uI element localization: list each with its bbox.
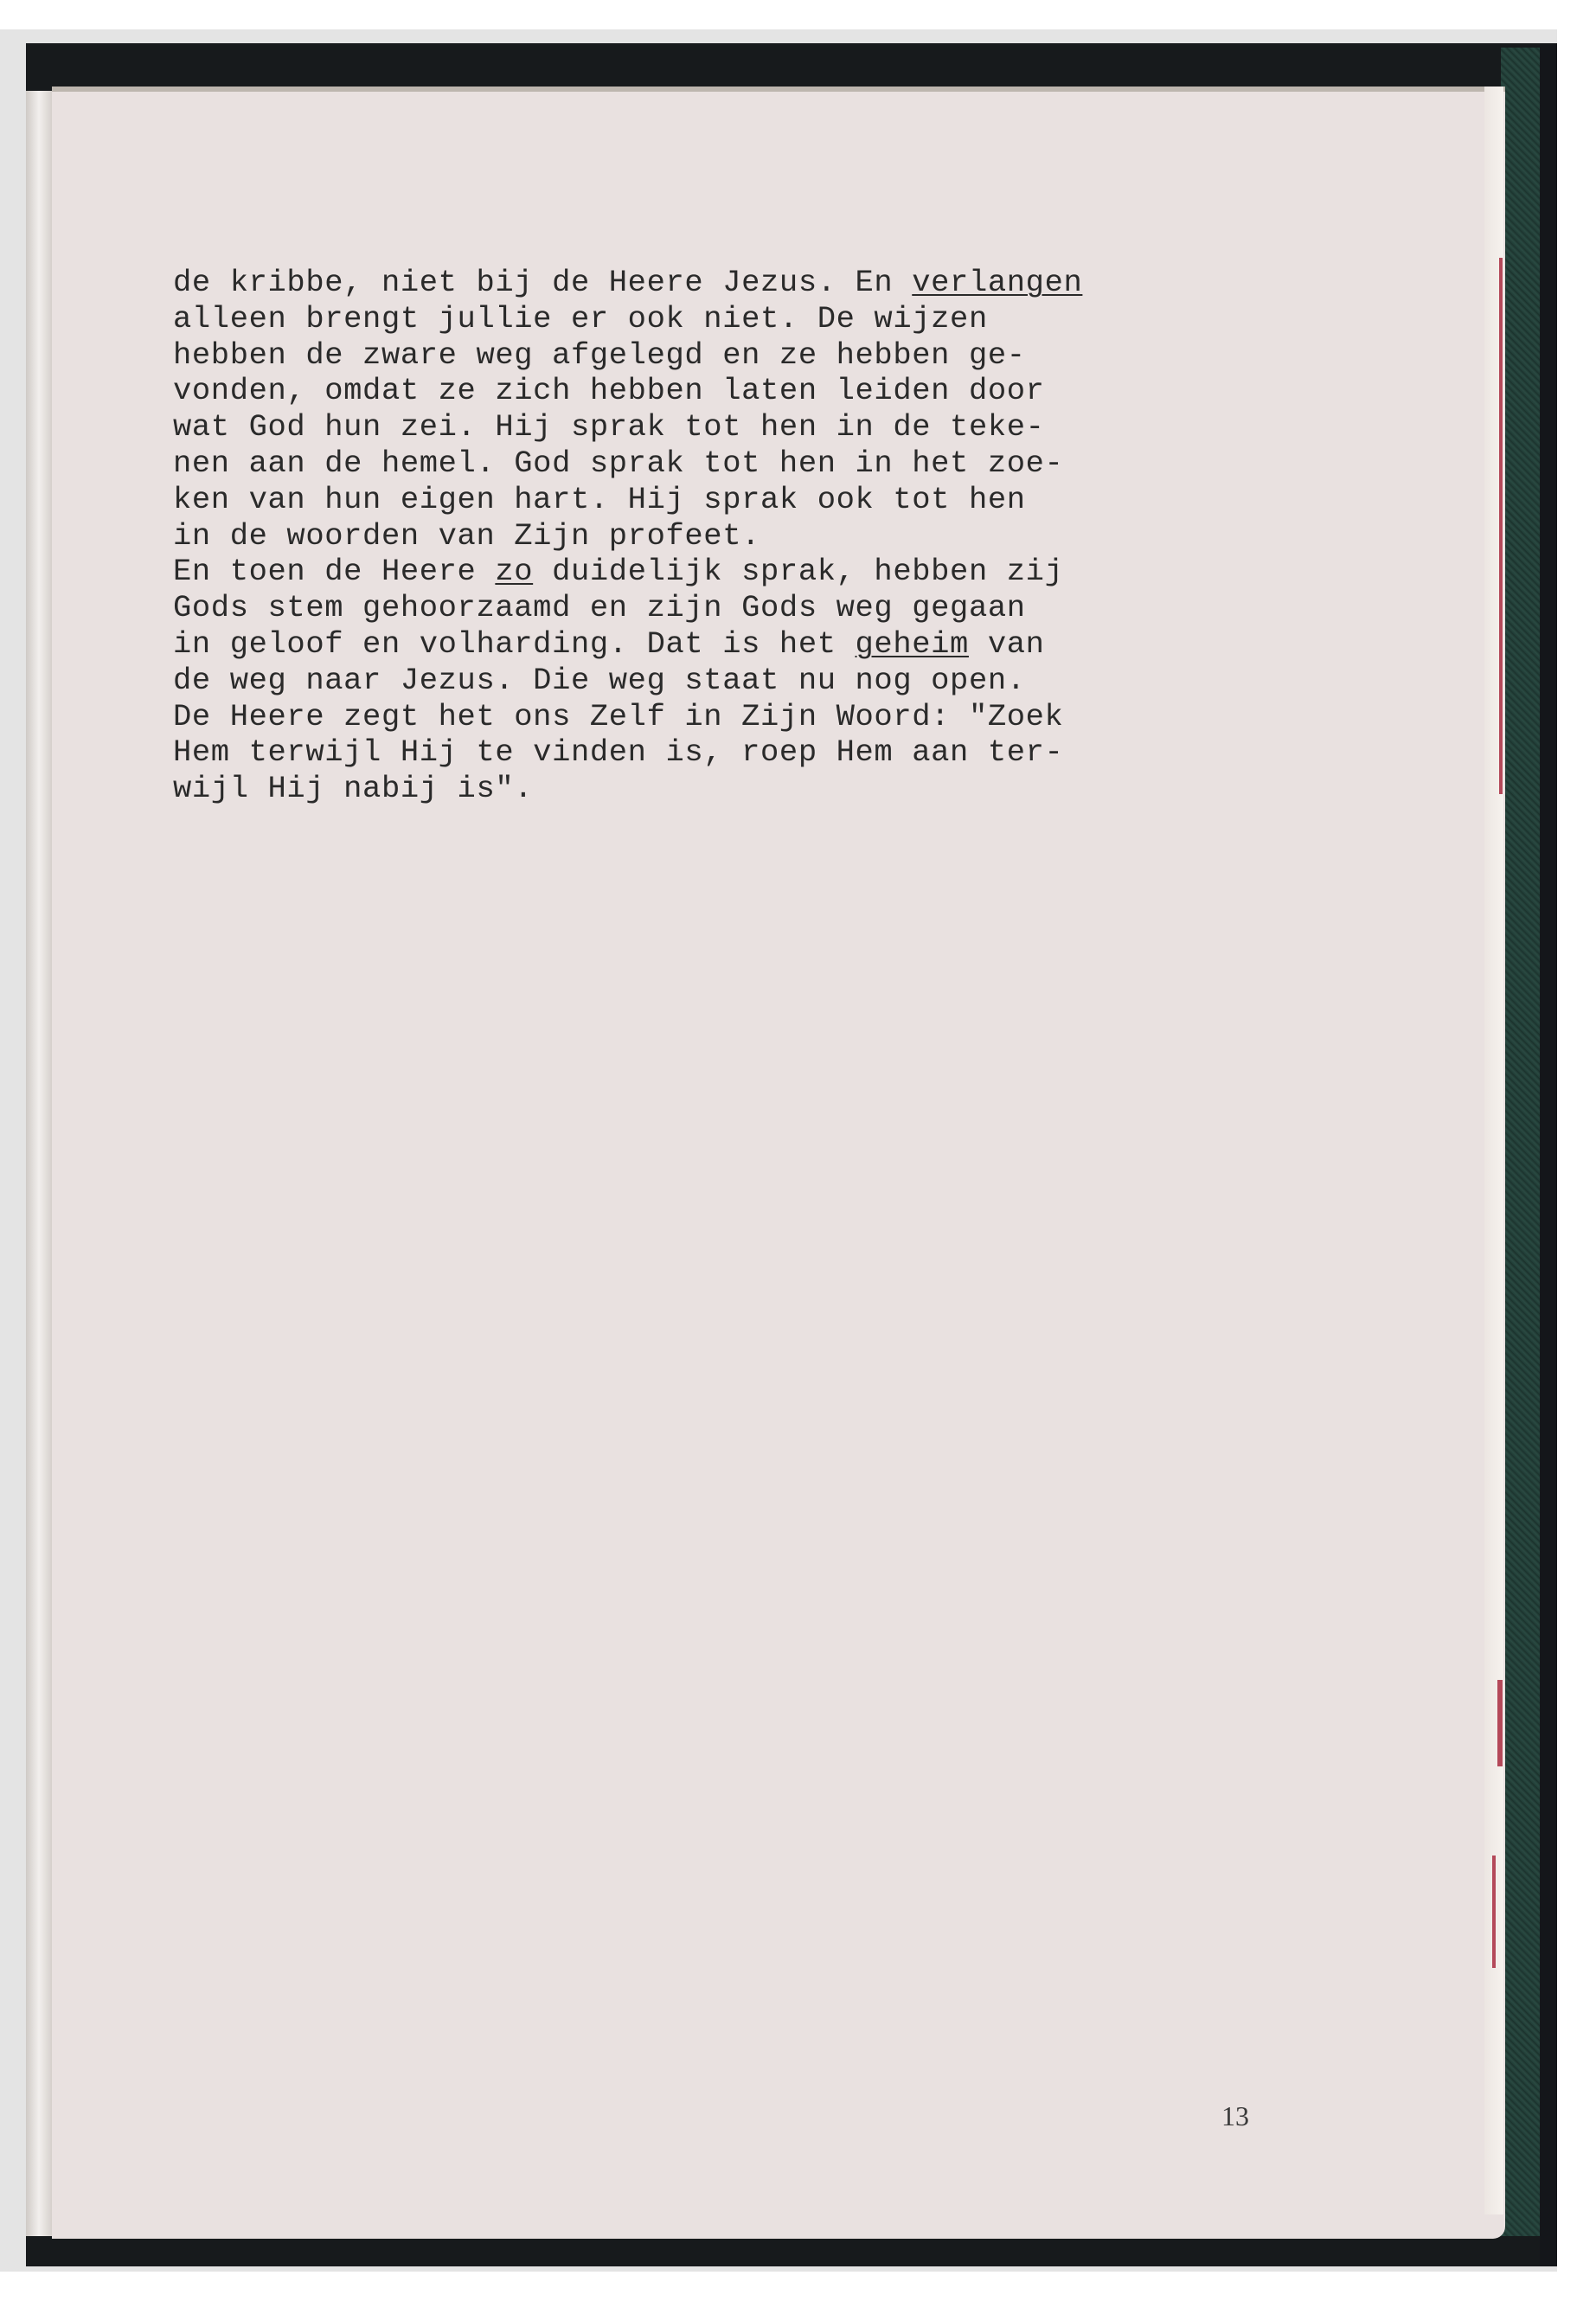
text-line: wat God hun zei. Hij sprak tot hen in de…	[173, 409, 1082, 445]
text-line: in de woorden van Zijn profeet.	[173, 518, 1082, 554]
text-line: hebben de zware weg afgelegd en ze hebbe…	[173, 337, 1082, 374]
text-segment: En toen de Heere	[173, 554, 495, 589]
text-line: Hem terwijl Hij te vinden is, roep Hem a…	[173, 734, 1082, 771]
text-segment: wat God hun zei. Hij sprak tot hen in de…	[173, 409, 1045, 445]
text-segment: hebben de zware weg afgelegd en ze hebbe…	[173, 337, 1026, 373]
text-segment: ken van hun eigen hart. Hij sprak ook to…	[173, 482, 1026, 517]
text-line: de weg naar Jezus. Die weg staat nu nog …	[173, 663, 1082, 699]
text-line: Gods stem gehoorzaamd en zijn Gods weg g…	[173, 590, 1082, 626]
text-segment: alleen brengt jullie er ook niet. De wij…	[173, 301, 988, 336]
text-segment: nen aan de hemel. God sprak tot hen in h…	[173, 445, 1063, 481]
index-tab-mark	[1499, 258, 1503, 794]
text-line: vonden, omdat ze zich hebben laten leide…	[173, 373, 1082, 409]
text-segment: Hem terwijl Hij te vinden is, roep Hem a…	[173, 734, 1063, 770]
text-segment: wijl Hij nabij is".	[173, 771, 533, 806]
text-segment: de kribbe, niet bij de Heere Jezus. En	[173, 265, 912, 300]
text-segment: in geloof en volharding. Dat is het	[173, 626, 856, 662]
text-line: De Heere zegt het ons Zelf in Zijn Woord…	[173, 699, 1082, 735]
underlined-word: geheim	[856, 626, 969, 662]
text-line: nen aan de hemel. God sprak tot hen in h…	[173, 445, 1082, 482]
text-line: ken van hun eigen hart. Hij sprak ook to…	[173, 482, 1082, 518]
binder-edge	[1540, 43, 1557, 2266]
page-number: 13	[1221, 2100, 1249, 2132]
text-segment: vonden, omdat ze zich hebben laten leide…	[173, 373, 1045, 408]
text-segment: in de woorden van Zijn profeet.	[173, 518, 760, 554]
body-text: de kribbe, niet bij de Heere Jezus. En v…	[173, 265, 1082, 807]
binder-spine-texture	[1501, 48, 1544, 2236]
text-segment: duidelijk sprak, hebben zij	[533, 554, 1063, 589]
text-segment: de weg naar Jezus. Die weg staat nu nog …	[173, 663, 1026, 698]
text-line: in geloof en volharding. Dat is het gehe…	[173, 626, 1082, 663]
text-line: wijl Hij nabij is".	[173, 771, 1082, 807]
text-line: En toen de Heere zo duidelijk sprak, heb…	[173, 554, 1082, 590]
index-tab-mark	[1492, 1856, 1496, 1968]
underlined-word: verlangen	[912, 265, 1082, 300]
text-segment: De Heere zegt het ons Zelf in Zijn Woord…	[173, 699, 1063, 734]
page-stack-left-edge	[26, 91, 52, 2236]
index-tab-mark	[1497, 1680, 1503, 1766]
text-segment: van	[969, 626, 1045, 662]
text-line: de kribbe, niet bij de Heere Jezus. En v…	[173, 265, 1082, 301]
text-segment: Gods stem gehoorzaamd en zijn Gods weg g…	[173, 590, 1026, 625]
text-line: alleen brengt jullie er ook niet. De wij…	[173, 301, 1082, 337]
underlined-word: zo	[495, 554, 533, 589]
